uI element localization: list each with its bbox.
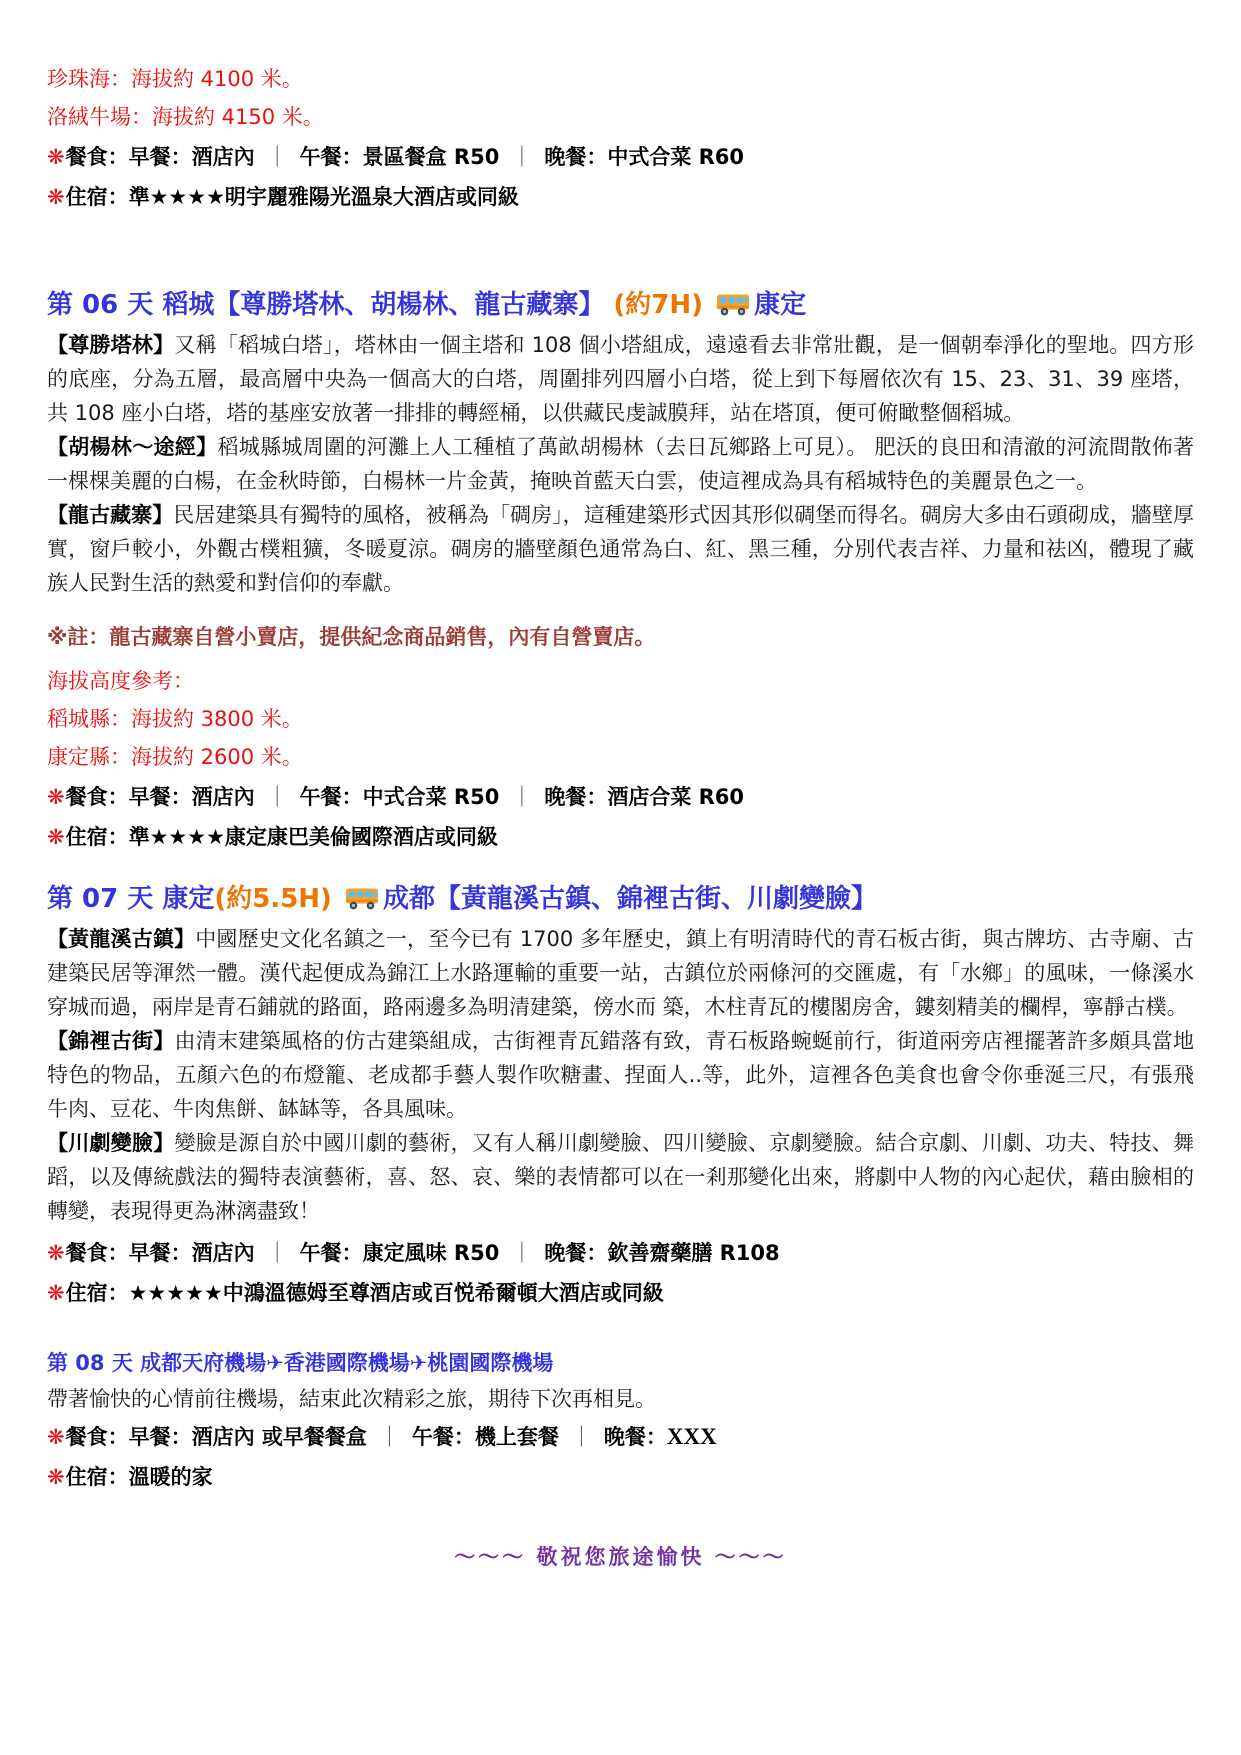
lodging-line: ❋住宿：★★★★★中鴻溫德姆至尊酒店或百悦希爾頓大酒店或同級 [47, 1278, 1194, 1308]
day07-section: 第 07 天 康定(約5.5H) 成都【黃龍溪古鎮、錦裡古街、川劇變臉】 【黃龍… [47, 882, 1194, 1308]
separator: ｜ [255, 785, 300, 809]
bus-icon [345, 885, 379, 911]
attraction-description: 中國歷史文化名鎮之一，至今已有 1700 多年歷史，鎮上有明清時代的青石板古街，… [47, 927, 1194, 1019]
meals-line: ❋餐食：早餐：酒店內｜午餐：康定風味 R50｜晚餐：欽善齋藥膳 R108 [47, 1238, 1194, 1268]
flower-icon: ❋ [47, 825, 65, 849]
separator: ｜ [255, 1241, 300, 1265]
meals-line: ❋餐食：早餐：酒店內｜午餐：中式合菜 R50｜晚餐：酒店合菜 R60 [47, 782, 1194, 812]
itinerary-paragraph: 【龍古藏寨】民居建築具有獨特的風格，被稱為「碉房」，這種建築形式因其形似碉堡而得… [47, 498, 1194, 600]
separator: ｜ [499, 145, 544, 169]
shop-note: ※註：龍古藏寨自營小賣店，提供紀念商品銷售，內有自營賣店。 [47, 622, 1194, 652]
meal-dinner-label: 晚餐： [604, 1425, 667, 1449]
itinerary-paragraph: 【胡楊林～途經】稻城縣城周圍的河灘上人工種植了萬畝胡楊林（去日瓦鄉路上可見）。 … [47, 430, 1194, 498]
elevation-note: 洛絨牛場：海拔約 4150 米。 [47, 104, 1194, 130]
meals-line: ❋餐食：早餐：酒店內 或早餐餐盒｜午餐：機上套餐｜晚餐：XXX [47, 1422, 1194, 1452]
meal-breakfast: 餐食：早餐：酒店內 或早餐餐盒 [66, 1425, 367, 1449]
meal-dinner: 晚餐：欽善齋藥膳 R108 [544, 1241, 779, 1265]
meal-lunch: 午餐：中式合菜 R50 [300, 785, 500, 809]
separator: ｜ [367, 1425, 412, 1449]
elevation-note: 稻城縣：海拔約 3800 米。 [47, 706, 1194, 732]
elevation-ref-title: 海拔高度參考： [47, 668, 1194, 694]
elevation-note: 珍珠海：海拔約 4100 米。 [47, 66, 1194, 92]
separator: ｜ [499, 1241, 544, 1265]
day07-duration: (約5.5H) [214, 884, 332, 914]
attraction-name: 【川劇變臉】 [47, 1131, 174, 1155]
day08-heading: 第 08 天 成都天府機場✈香港國際機場✈桃園國際機場 [47, 1348, 1194, 1378]
day06-duration: (約7H) [613, 290, 703, 320]
day06-section: 第 06 天 稻城【尊勝塔林、胡楊林、龍古藏寨】 (約7H) 康定 【尊勝塔林】… [47, 288, 1194, 852]
meal-breakfast: 餐食：早餐：酒店內 [66, 1241, 255, 1265]
bus-icon [716, 291, 750, 317]
meal-lunch: 午餐：景區餐盒 R50 [300, 145, 500, 169]
flower-icon: ❋ [47, 1465, 65, 1489]
day07-destination: 成都【黃龍溪古鎮、錦裡古街、川劇變臉】 [383, 884, 877, 914]
attraction-description: 又稱「稻城白塔」，塔林由一個主塔和 108 個小塔組成，遠遠看去非常壯觀，是一個… [47, 333, 1194, 425]
attraction-name: 【尊勝塔林】 [47, 333, 174, 357]
attraction-description: 由清末建築風格的仿古建築組成，古街裡青瓦錯落有致，青石板路蜿蜒前行，街道兩旁店裡… [47, 1029, 1194, 1121]
lodging-line: ❋住宿：準★★★★康定康巴美倫國際酒店或同級 [47, 822, 1194, 852]
flower-icon: ❋ [47, 1425, 65, 1449]
meal-breakfast: 餐食：早餐：酒店內 [66, 785, 255, 809]
elevation-note: 康定縣：海拔約 2600 米。 [47, 744, 1194, 770]
meal-breakfast: 餐食：早餐：酒店內 [66, 145, 255, 169]
attraction-name: 【胡楊林～途經】 [47, 435, 218, 459]
meal-dinner-value: XXX [667, 1424, 717, 1449]
farewell-text: 帶著愉快的心情前往機場，結束此次精彩之旅，期待下次再相見。 [47, 1382, 1194, 1416]
footer-wish: ～～～ 敬祝您旅途愉快 ～～～ [47, 1542, 1194, 1572]
flower-icon: ❋ [47, 785, 65, 809]
meals-line: ❋餐食：早餐：酒店內｜午餐：景區餐盒 R50｜晚餐：中式合菜 R60 [47, 142, 1194, 172]
attraction-description: 民居建築具有獨特的風格，被稱為「碉房」，這種建築形式因其形似碉堡而得名。碉房大多… [47, 503, 1194, 595]
flower-icon: ❋ [47, 145, 65, 169]
lodging-line: ❋住宿：準★★★★明宇麗雅陽光溫泉大酒店或同級 [47, 182, 1194, 212]
day07-title: 第 07 天 康定 [47, 884, 214, 914]
lodging-line: ❋住宿：溫暖的家 [47, 1462, 1194, 1492]
intro-section: 珍珠海：海拔約 4100 米。 洛絨牛場：海拔約 4150 米。 ❋餐食：早餐：… [47, 66, 1194, 212]
day06-heading: 第 06 天 稻城【尊勝塔林、胡楊林、龍古藏寨】 (約7H) 康定 [47, 288, 1194, 322]
day07-heading: 第 07 天 康定(約5.5H) 成都【黃龍溪古鎮、錦裡古街、川劇變臉】 [47, 882, 1194, 916]
day08-section: 第 08 天 成都天府機場✈香港國際機場✈桃園國際機場 帶著愉快的心情前往機場，… [47, 1348, 1194, 1492]
attraction-description: 稻城縣城周圍的河灘上人工種植了萬畝胡楊林（去日瓦鄉路上可見）。 肥沃的良田和清澈… [47, 435, 1194, 493]
lodging-text: 住宿：★★★★★中鴻溫德姆至尊酒店或百悦希爾頓大酒店或同級 [66, 1281, 664, 1305]
lodging-text: 住宿：溫暖的家 [66, 1465, 213, 1489]
meal-dinner: 晚餐：中式合菜 R60 [544, 145, 744, 169]
attraction-name: 【龍古藏寨】 [47, 503, 173, 527]
meal-lunch: 午餐：機上套餐 [412, 1425, 559, 1449]
lodging-text: 住宿：準★★★★康定康巴美倫國際酒店或同級 [66, 825, 498, 849]
attraction-name: 【錦裡古街】 [47, 1029, 174, 1053]
flower-icon: ❋ [47, 1241, 65, 1265]
flower-icon: ❋ [47, 1281, 65, 1305]
itinerary-paragraph: 【錦裡古街】由清末建築風格的仿古建築組成，古街裡青瓦錯落有致，青石板路蜿蜒前行，… [47, 1024, 1194, 1126]
flower-icon: ❋ [47, 185, 65, 209]
lodging-text: 住宿：準★★★★明宇麗雅陽光溫泉大酒店或同級 [66, 185, 519, 209]
separator: ｜ [255, 145, 300, 169]
meal-lunch: 午餐：康定風味 R50 [300, 1241, 500, 1265]
separator: ｜ [559, 1425, 604, 1449]
itinerary-paragraph: 【尊勝塔林】又稱「稻城白塔」，塔林由一個主塔和 108 個小塔組成，遠遠看去非常… [47, 328, 1194, 430]
day06-destination: 康定 [754, 290, 806, 320]
itinerary-paragraph: 【川劇變臉】變臉是源自於中國川劇的藝術，又有人稱川劇變臉、四川變臉、京劇變臉。結… [47, 1126, 1194, 1228]
attraction-description: 變臉是源自於中國川劇的藝術，又有人稱川劇變臉、四川變臉、京劇變臉。結合京劇、川劇… [47, 1131, 1194, 1223]
attraction-name: 【黃龍溪古鎮】 [47, 927, 195, 951]
itinerary-paragraph: 【黃龍溪古鎮】中國歷史文化名鎮之一，至今已有 1700 多年歷史，鎮上有明清時代… [47, 922, 1194, 1024]
day06-title: 第 06 天 稻城【尊勝塔林、胡楊林、龍古藏寨】 [47, 290, 604, 320]
separator: ｜ [499, 785, 544, 809]
meal-dinner: 晚餐：酒店合菜 R60 [544, 785, 744, 809]
